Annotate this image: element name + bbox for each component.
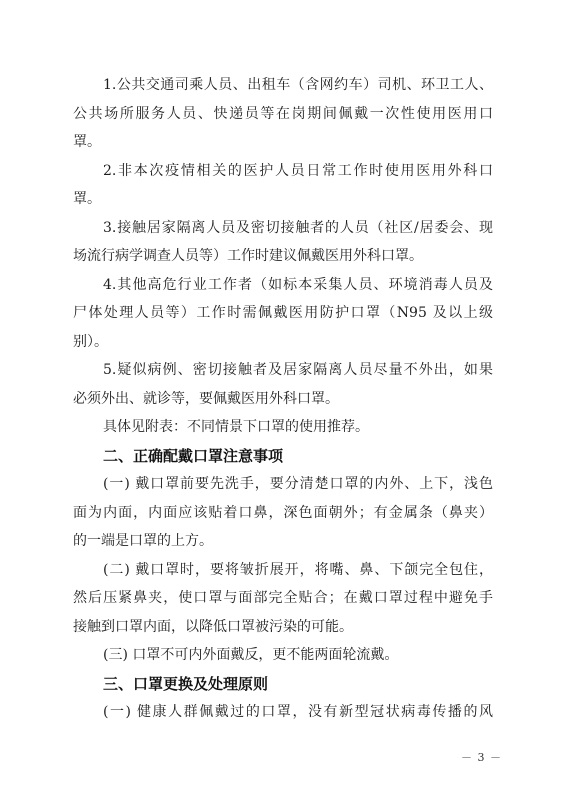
- paragraph-line: 公共场所服务人员、快递员等在岗期间佩戴一次性使用医用口: [73, 100, 493, 129]
- document-page: 1.公共交通司乘人员、出租车（含网约车）司机、环卫工人、 公共场所服务人员、快递…: [0, 0, 565, 800]
- paragraph-item-3: 3.接触居家隔离人员及密切接触者的人员（社区/居委会、现 场流行病学调查人员等）…: [73, 214, 493, 271]
- section-heading-2: 二、正确配戴口罩注意事项: [73, 442, 493, 471]
- paragraph-2-1: (一) 戴口罩前要先洗手，要分清楚口罩的内外、上下，浅色 面为内面，内面应该贴着…: [73, 470, 493, 556]
- paragraph-line: 罩。: [73, 128, 493, 157]
- paragraph-line: 必须外出、就诊等，要佩戴医用外科口罩。: [73, 385, 493, 414]
- paragraph-line: 1.公共交通司乘人员、出租车（含网约车）司机、环卫工人、: [73, 71, 493, 100]
- paragraph-line: (一) 戴口罩前要先洗手，要分清楚口罩的内外、上下，浅色: [73, 470, 493, 499]
- section-heading-3: 三、口罩更换及处理原则: [73, 670, 493, 699]
- paragraph-line: 3.接触居家隔离人员及密切接触者的人员（社区/居委会、现: [73, 214, 493, 243]
- paragraph-line: 罩。: [73, 185, 493, 214]
- paragraph-line: 的一端是口罩的上方。: [73, 527, 493, 556]
- paragraph-line: (二) 戴口罩时，要将皱折展开，将嘴、鼻、下颌完全包住，: [73, 556, 493, 585]
- paragraph-line: 4.其他高危行业工作者（如标本采集人员、环境消毒人员及: [73, 271, 493, 300]
- paragraph-line: (一) 健康人群佩戴过的口罩，没有新型冠状病毒传播的风: [73, 698, 493, 727]
- paragraph-line: 别）。: [73, 328, 493, 357]
- paragraph-item-1: 1.公共交通司乘人员、出租车（含网约车）司机、环卫工人、 公共场所服务人员、快递…: [73, 71, 493, 157]
- paragraph-2-2: (二) 戴口罩时，要将皱折展开，将嘴、鼻、下颌完全包住， 然后压紧鼻夹，使口罩与…: [73, 556, 493, 642]
- paragraph-item-4: 4.其他高危行业工作者（如标本采集人员、环境消毒人员及 尸体处理人员等）工作时需…: [73, 271, 493, 357]
- paragraph-line: 5.疑似病例、密切接触者及居家隔离人员尽量不外出，如果: [73, 356, 493, 385]
- heading-line: 三、口罩更换及处理原则: [73, 670, 493, 699]
- paragraph-item-5: 5.疑似病例、密切接触者及居家隔离人员尽量不外出，如果 必须外出、就诊等，要佩戴…: [73, 356, 493, 413]
- paragraph-line: 尸体处理人员等）工作时需佩戴医用防护口罩（N95 及以上级: [73, 299, 493, 328]
- document-body: 1.公共交通司乘人员、出租车（含网约车）司机、环卫工人、 公共场所服务人员、快递…: [73, 71, 493, 727]
- paragraph-line: 然后压紧鼻夹，使口罩与面部完全贴合；在戴口罩过程中避免手: [73, 584, 493, 613]
- page-number: － 3 －: [461, 749, 502, 765]
- paragraph-line: (三) 口罩不可内外面戴反，更不能两面轮流戴。: [73, 641, 493, 670]
- paragraph-item-2: 2.非本次疫情相关的医护人员日常工作时使用医用外科口 罩。: [73, 157, 493, 214]
- paragraph-line: 接触到口罩内面，以降低口罩被污染的可能。: [73, 613, 493, 642]
- paragraph-line: 场流行病学调查人员等）工作时建议佩戴医用外科口罩。: [73, 242, 493, 271]
- paragraph-2-3: (三) 口罩不可内外面戴反，更不能两面轮流戴。: [73, 641, 493, 670]
- paragraph-line: 2.非本次疫情相关的医护人员日常工作时使用医用外科口: [73, 157, 493, 186]
- paragraph-line: 面为内面，内面应该贴着口鼻，深色面朝外；有金属条（鼻夹）: [73, 499, 493, 528]
- paragraph-appendix-note: 具体见附表：不同情景下口罩的使用推荐。: [73, 413, 493, 442]
- paragraph-line: 具体见附表：不同情景下口罩的使用推荐。: [73, 413, 493, 442]
- paragraph-3-1: (一) 健康人群佩戴过的口罩，没有新型冠状病毒传播的风: [73, 698, 493, 727]
- heading-line: 二、正确配戴口罩注意事项: [73, 442, 493, 471]
